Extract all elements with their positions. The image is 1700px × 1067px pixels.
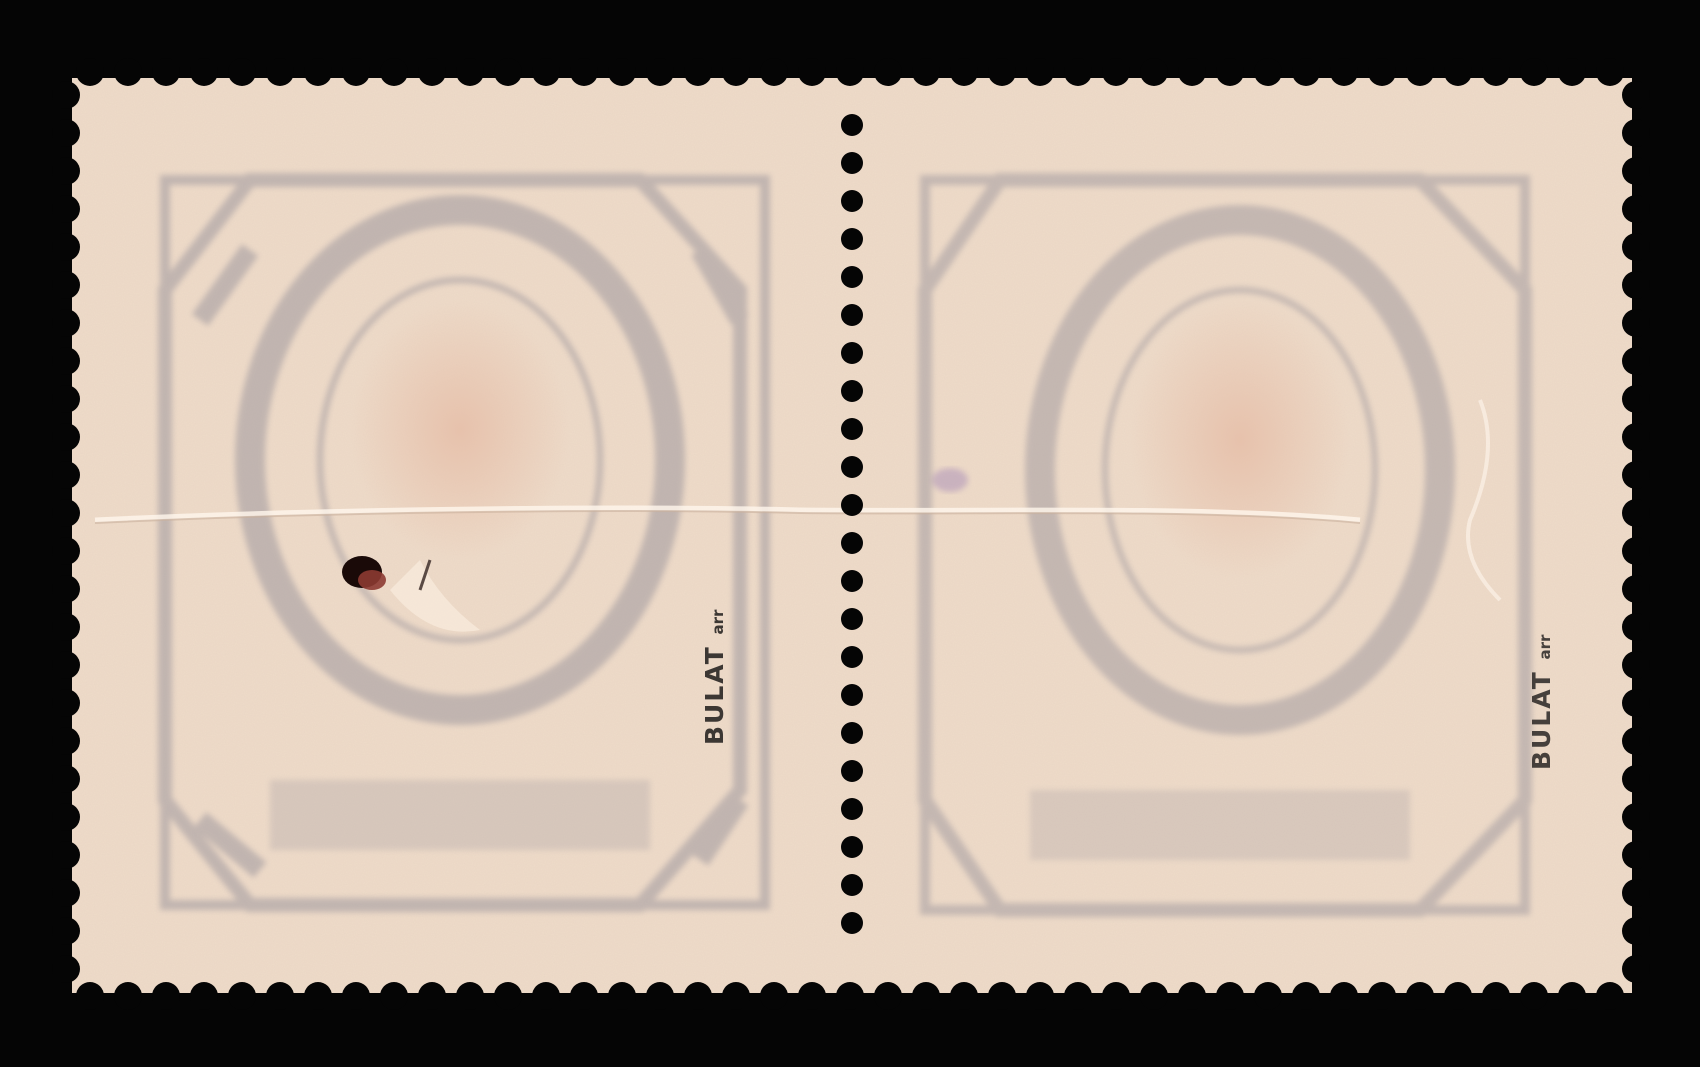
handstamp-right-suffix: arr <box>1536 635 1554 660</box>
right-portrait-show-through <box>1130 300 1350 580</box>
handstamp-right: BULAT arr <box>1527 635 1556 770</box>
left-portrait-show-through <box>350 300 570 560</box>
handstamp-left: BULAT arr <box>700 610 729 745</box>
stamp-pair-photo <box>0 0 1700 1067</box>
violet-mark <box>932 468 968 492</box>
handstamp-right-text: BULAT <box>1527 670 1556 770</box>
handstamp-left-text: BULAT <box>700 645 729 745</box>
handstamp-left-suffix: arr <box>709 610 727 635</box>
